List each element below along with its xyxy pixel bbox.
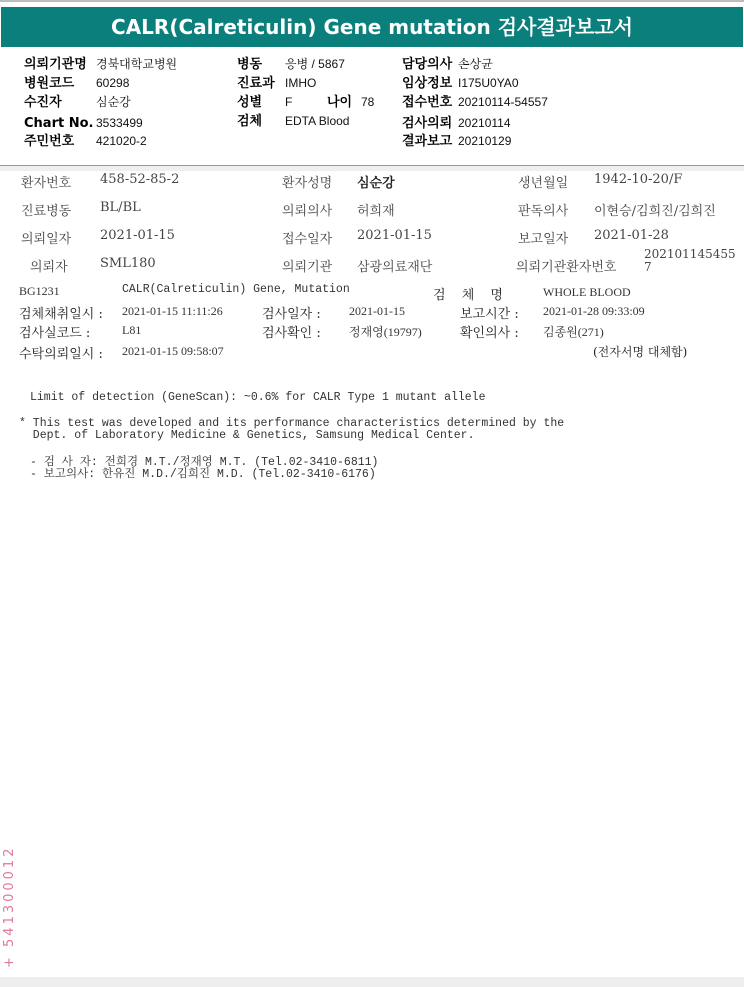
doctor-row: 담당의사손상균 <box>402 57 493 72</box>
report-title: CALR(Calreticulin) Gene mutation 검사결과보고서 <box>1 7 743 47</box>
req-date-value: 2021-01-15 <box>100 228 175 243</box>
lod-note: Limit of detection (GeneScan): ~0.6% for… <box>30 391 485 404</box>
report-time-label: 보고시간 : <box>460 303 519 322</box>
examinee-row: 수진자심순강 <box>24 95 131 110</box>
recv-date-label: 접수일자 <box>282 228 332 247</box>
esign-note: (전자서명 대체함) <box>593 343 687 360</box>
request-row: 검사의뢰20210114 <box>402 116 511 131</box>
accession-row: 접수번호20210114-54557 <box>402 95 548 110</box>
rrn-row: 주민번호421020-2 <box>24 134 147 149</box>
verify-label: 검사확인 : <box>262 322 321 341</box>
lab-code-value: L81 <box>122 323 141 338</box>
bottom-bar <box>0 977 744 987</box>
confirm-doc-label: 확인의사 : <box>460 322 519 341</box>
institution-value: 경북대학교병원 <box>96 57 177 71</box>
clinical-row: 임상정보I175U0YA0 <box>402 76 519 91</box>
consign-value: 2021-01-15 09:58:07 <box>122 344 224 359</box>
consign-label: 수탁의뢰일시 : <box>19 343 103 362</box>
collect-label: 검체채취일시 : <box>19 303 103 322</box>
top-border <box>0 0 744 2</box>
ward-label: 진료병동 <box>21 200 71 219</box>
recv-date-value: 2021-01-15 <box>357 228 432 243</box>
test-code: BG1231 <box>19 284 60 299</box>
lab-code-label: 검사실코드 : <box>19 322 90 341</box>
institution-row: 의뢰기관명경북대학교병원 <box>24 57 177 72</box>
dob-value: 1942-10-20/F <box>594 172 682 187</box>
org-patient-no-value-2: 7 <box>644 261 652 274</box>
chart-no-row: Chart No.3533499 <box>24 116 143 131</box>
test-specimen-value: WHOLE BLOOD <box>543 285 631 300</box>
test-date-label: 검사일자 : <box>262 303 321 322</box>
dept-row: 진료과IMHO <box>237 76 316 91</box>
specimen-row: 검체EDTA Blood <box>237 114 349 129</box>
report-row: 결과보고20210129 <box>402 134 511 149</box>
requester-label: 의뢰자 <box>30 256 68 275</box>
org-patient-no-value-1: 202101145455 <box>644 248 736 261</box>
divider-shade <box>0 166 744 171</box>
req-doctor-label: 의뢰의사 <box>282 200 332 219</box>
dev-note-2: Dept. of Laboratory Medicine & Genetics,… <box>19 429 474 442</box>
org-patient-no-label: 의뢰기관환자번호 <box>516 256 616 275</box>
patient-no-label: 환자번호 <box>21 172 71 191</box>
report-date-label: 보고일자 <box>518 228 568 247</box>
hospital-code-row: 병원코드60298 <box>24 76 129 91</box>
reading-doctor-value: 이현승/김희진/김희진 <box>594 200 716 219</box>
confirm-doc-value: 김종원(271) <box>543 323 604 340</box>
collect-value: 2021-01-15 11:11:26 <box>122 304 223 319</box>
ward-value: BL/BL <box>100 200 141 215</box>
dob-label: 생년월일 <box>518 172 568 191</box>
patient-no-value: 458-52-85-2 <box>100 172 179 187</box>
req-org-label: 의뢰기관 <box>282 256 332 275</box>
verify-value: 정재영(19797) <box>349 323 422 340</box>
patient-name-value: 심순강 <box>357 172 395 191</box>
reporter-note: - 보고의사: 한유진 M.D./김희진 M.D. (Tel.02-3410-6… <box>30 465 376 481</box>
report-date-value: 2021-01-28 <box>594 228 669 243</box>
req-doctor-value: 허희재 <box>357 200 395 219</box>
ward-row: 병동응병 / 5867 <box>237 57 345 72</box>
test-specimen-label: 검 체 명 <box>433 284 509 303</box>
test-date-value: 2021-01-15 <box>349 304 405 319</box>
document-stamp-number: + 541300012 <box>2 846 17 968</box>
reading-doctor-label: 판독의사 <box>518 200 568 219</box>
report-time-value: 2021-01-28 09:33:09 <box>543 304 645 319</box>
patient-name-label: 환자성명 <box>282 172 332 191</box>
req-date-label: 의뢰일자 <box>21 228 71 247</box>
sex-age-row: 성별F나이78 <box>237 95 374 110</box>
test-name: CALR(Calreticulin) Gene, Mutation <box>122 283 350 296</box>
requester-value: SML180 <box>100 256 156 271</box>
req-org-value: 삼광의료재단 <box>357 256 432 275</box>
